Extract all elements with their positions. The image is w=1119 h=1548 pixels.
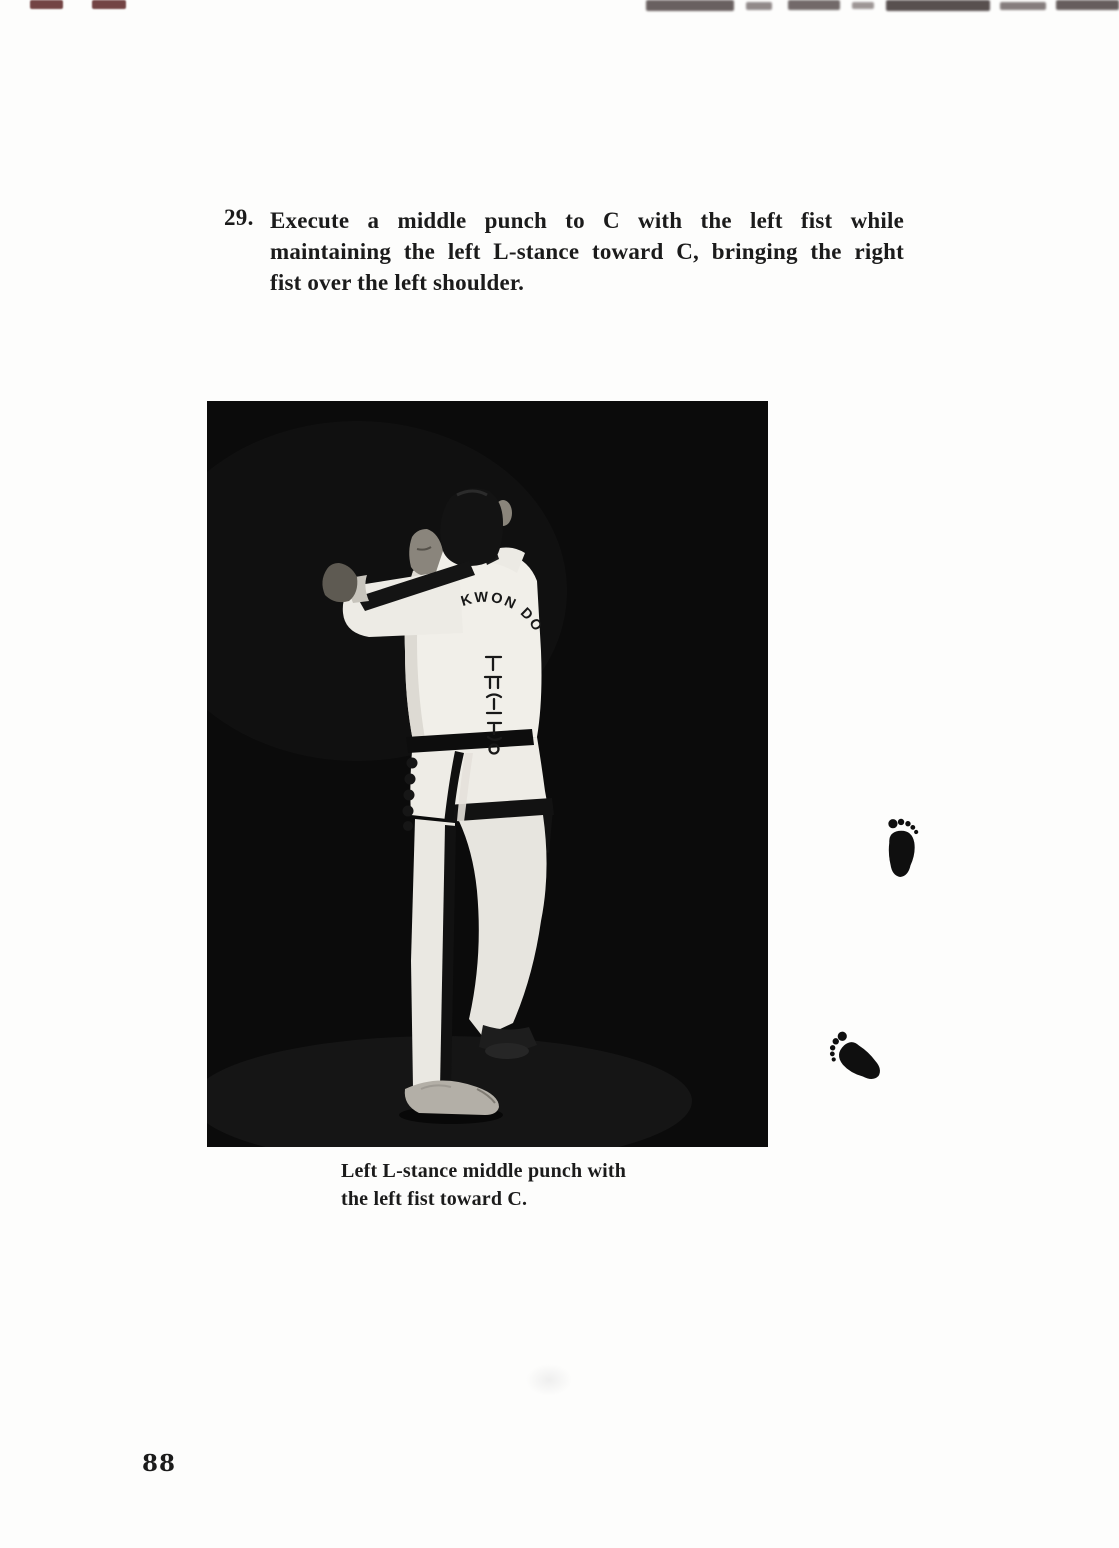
scan-smudge-bottom: [526, 1364, 572, 1396]
caption-line-2: the left fist toward C.: [341, 1185, 701, 1213]
belt-tail-knot: [404, 790, 415, 801]
hair: [440, 488, 503, 566]
caption-line-1: Left L-stance middle punch with: [341, 1157, 701, 1185]
instruction-number: 29.: [224, 205, 254, 231]
scan-mark-left-2: [92, 0, 126, 9]
instruction-line-2: maintaining the left L-stance toward C, …: [270, 236, 904, 267]
scan-mark-bar-3: [788, 0, 840, 10]
technique-photo: TAE KWON DO: [207, 401, 768, 1147]
page-number: 88: [142, 1450, 176, 1477]
scan-mark-bar-6: [1000, 2, 1046, 10]
photo-caption: Left L-stance middle punch with the left…: [341, 1157, 701, 1213]
technique-photo-illustration: TAE KWON DO: [207, 401, 768, 1147]
scan-mark-bar-2: [746, 2, 772, 10]
scan-mark-bar-5: [886, 0, 990, 11]
instruction-line-3: fist over the left shoulder.: [270, 267, 904, 298]
belt-tail-knot: [405, 774, 416, 785]
scan-artifacts-top: [0, 0, 1119, 16]
instruction-text: Execute a middle punch to C with the lef…: [270, 205, 904, 298]
belt-tail-knot: [403, 821, 413, 831]
instruction-item-29: 29. Execute a middle punch to C with the…: [0, 205, 1119, 298]
scan-mark-bar-4: [852, 2, 874, 9]
scan-mark-left-1: [30, 0, 63, 9]
front-foot-hint: [485, 1043, 529, 1059]
scan-mark-bar-7: [1056, 0, 1119, 10]
belt-tail-knot: [407, 758, 418, 769]
belt-tail-knot: [403, 806, 414, 817]
instruction-line-1: Execute a middle punch to C with the lef…: [270, 205, 904, 236]
footprint-vertical-icon: [871, 803, 931, 891]
footprint-diagonal-icon: [816, 1022, 900, 1102]
scan-mark-bar-1: [646, 0, 734, 11]
